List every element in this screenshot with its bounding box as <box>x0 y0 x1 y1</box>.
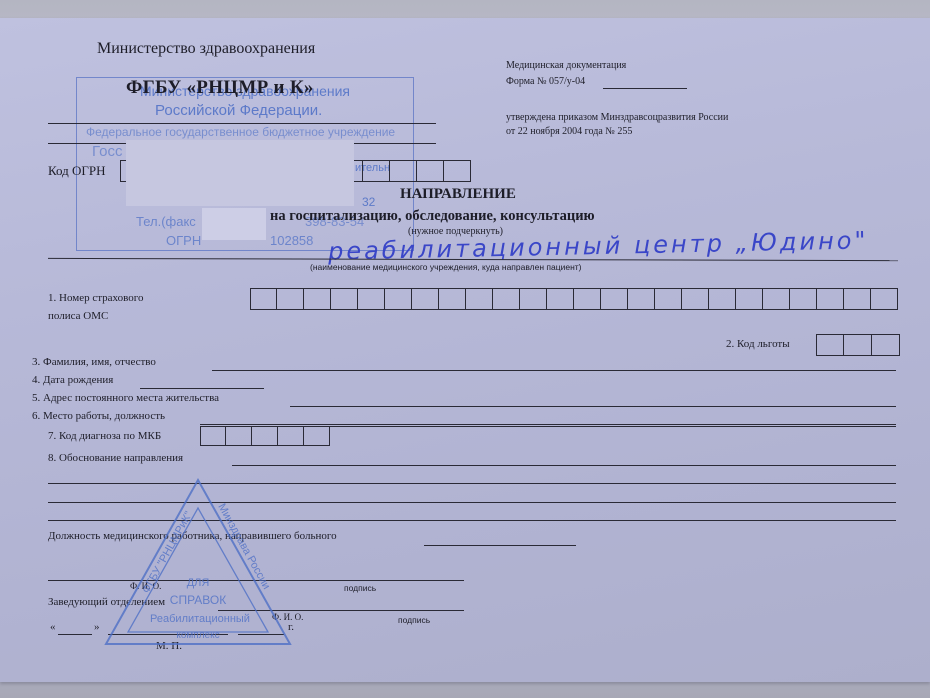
benefit-code-boxes[interactable] <box>816 334 900 356</box>
code-box[interactable] <box>520 288 547 310</box>
approved-line-1: утверждена приказом Минздравсоцразвития … <box>506 112 728 123</box>
institution-name: ФГБУ «РНЦМР и К» <box>126 77 314 99</box>
policy-label-2: полиса ОМС <box>48 310 108 322</box>
fio-label: 3. Фамилия, имя, отчество <box>32 356 156 368</box>
code-box[interactable] <box>358 288 385 310</box>
code-box[interactable] <box>574 288 601 310</box>
code-box[interactable] <box>844 334 872 356</box>
reason-label: 8. Обоснование направления <box>48 452 183 464</box>
stamp-right-text: Минздрава России <box>215 502 272 592</box>
date-open-quote: « <box>50 621 56 633</box>
benefit-code-label: 2. Код льготы <box>726 338 790 350</box>
code-box[interactable] <box>628 288 655 310</box>
form-number-line <box>603 88 687 89</box>
triangular-stamp: ФГБУ "РНЦМРиК" Минздрава России ДЛЯ СПРА… <box>100 476 300 648</box>
approved-line-2: от 22 ноября 2004 года № 255 <box>506 126 632 137</box>
signature-caption-2: подпись <box>398 615 430 625</box>
header-line-1 <box>48 123 436 124</box>
policy-label-1: 1. Номер страхового <box>48 292 143 304</box>
code-box[interactable] <box>872 334 900 356</box>
signature-caption-1: подпись <box>344 583 376 593</box>
redacted-area <box>126 140 354 206</box>
institution-caption: (наименование медицинского учреждения, к… <box>310 262 582 272</box>
stamp-bottom-2: комплекс <box>176 630 219 641</box>
document-title: НАПРАВЛЕНИЕ <box>400 186 516 203</box>
code-box[interactable] <box>385 288 412 310</box>
code-box[interactable] <box>493 288 520 310</box>
code-box[interactable] <box>763 288 790 310</box>
code-box[interactable] <box>601 288 628 310</box>
work-field[interactable] <box>200 424 896 425</box>
dob-field[interactable] <box>140 388 264 389</box>
code-box[interactable] <box>709 288 736 310</box>
code-box[interactable] <box>444 160 471 182</box>
stamp-line-4: Госс <box>92 143 122 160</box>
code-box[interactable] <box>466 288 493 310</box>
code-box[interactable] <box>790 288 817 310</box>
code-box[interactable] <box>304 288 331 310</box>
ministry-title: Министерство здравоохранения <box>97 40 315 58</box>
address-field[interactable] <box>290 406 896 407</box>
redacted-area-small <box>202 208 266 240</box>
policy-number-boxes[interactable] <box>250 288 898 310</box>
stamp-phone-label: Тел.(факс <box>136 214 196 229</box>
code-box[interactable] <box>682 288 709 310</box>
code-box[interactable] <box>871 288 898 310</box>
code-box[interactable] <box>278 426 304 446</box>
icd-label: 7. Код диагноза по МКБ <box>48 430 161 442</box>
address-label: 5. Адрес постоянного места жительства <box>32 392 219 404</box>
code-box[interactable] <box>547 288 574 310</box>
referral-form-paper: Министерство здравоохранения Российской … <box>0 18 930 682</box>
code-box[interactable] <box>250 288 277 310</box>
stamp-ogrn-label: ОГРН <box>166 233 201 248</box>
code-box[interactable] <box>816 334 844 356</box>
med-doc-label: Медицинская документация <box>506 60 626 71</box>
stamp-ogrn: 102858 <box>270 233 313 248</box>
code-box[interactable] <box>331 288 358 310</box>
code-box[interactable] <box>200 426 226 446</box>
code-box[interactable] <box>736 288 763 310</box>
stamp-bottom-1: Реабилитационный <box>150 613 250 625</box>
icd-code-boxes[interactable] <box>200 426 330 446</box>
ogrn-label: Код ОГРН <box>48 163 106 179</box>
code-box[interactable] <box>363 160 390 182</box>
work-label: 6. Место работы, должность <box>32 410 165 422</box>
stamp-number: 32 <box>362 195 375 209</box>
code-box[interactable] <box>226 426 252 446</box>
stamp-line-2: Российской Федерации. <box>155 102 322 119</box>
code-box[interactable] <box>439 288 466 310</box>
stamp-center-2: СПРАВОК <box>170 593 226 607</box>
code-box[interactable] <box>655 288 682 310</box>
date-close-quote: » <box>94 621 100 633</box>
code-box[interactable] <box>844 288 871 310</box>
code-box[interactable] <box>277 288 304 310</box>
code-box[interactable] <box>252 426 278 446</box>
code-box[interactable] <box>412 288 439 310</box>
reason-field-1[interactable] <box>232 465 896 466</box>
form-number: Форма № 057/у-04 <box>506 76 585 87</box>
stamp-line-3: Федеральное государственное бюджетное уч… <box>86 125 395 139</box>
date-day-field[interactable] <box>58 634 92 635</box>
document-subtitle: на госпитализацию, обследование, консуль… <box>270 208 595 225</box>
code-box[interactable] <box>304 426 330 446</box>
position-field[interactable] <box>424 545 576 546</box>
code-box[interactable] <box>417 160 444 182</box>
icd-top-line <box>330 426 896 427</box>
stamp-center-1: ДЛЯ <box>187 577 210 589</box>
code-box[interactable] <box>390 160 417 182</box>
fio-field[interactable] <box>212 370 896 371</box>
dob-label: 4. Дата рождения <box>32 374 113 386</box>
code-box[interactable] <box>817 288 844 310</box>
